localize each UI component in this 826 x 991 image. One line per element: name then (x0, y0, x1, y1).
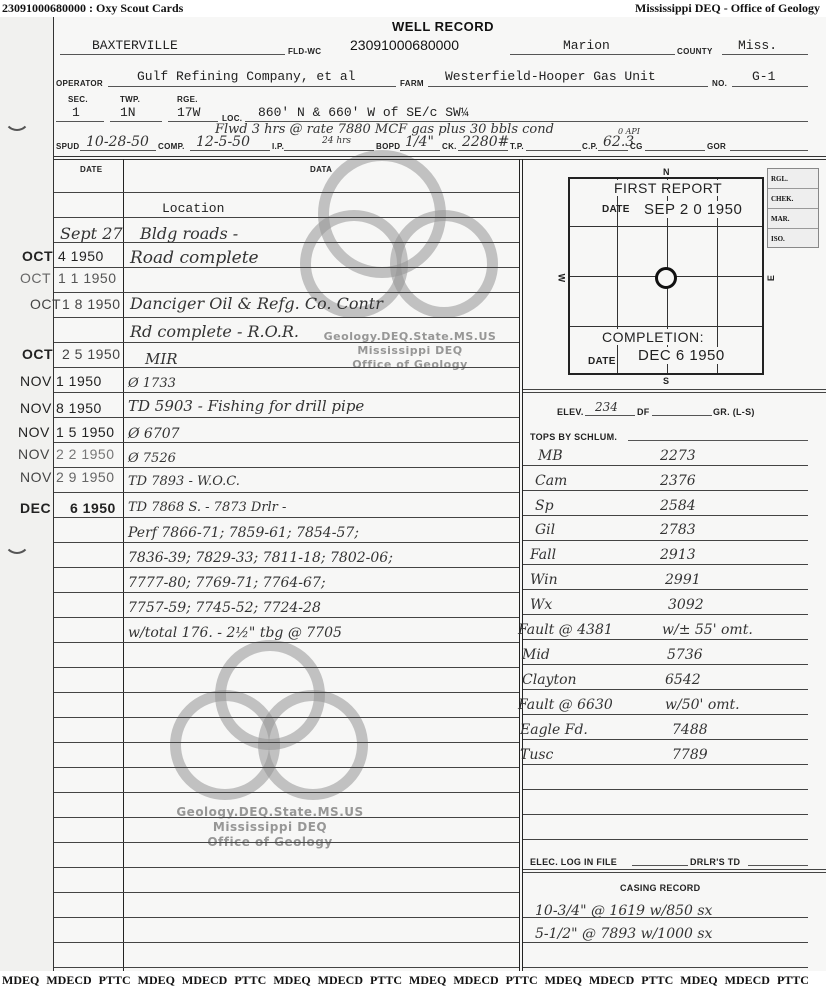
punch-hole-icon (4, 528, 30, 554)
county-name: Marion (563, 38, 610, 53)
top-depth: w/50' omt. (665, 697, 740, 713)
field-label: FLD-WC (288, 47, 321, 56)
table-row-data: TD 5903 - Fishing for drill pipe (128, 397, 364, 415)
table-row-date: 1 1 1950 (58, 270, 117, 286)
table-row-month: OCT (30, 296, 61, 312)
top-depth: 7488 (672, 722, 708, 738)
ip-label: I.P. (272, 142, 284, 151)
table-row-date: 6 1950 (70, 500, 116, 516)
top-depth: 6542 (665, 672, 701, 688)
table-row-month: OCT (20, 270, 51, 286)
table-row-date: Sept 27 (60, 224, 123, 243)
top-formation: Fault @ 4381 (518, 622, 613, 638)
comp-date: 12-5-50 (196, 134, 250, 150)
right-panel-divider (522, 159, 523, 971)
table-row-date: 2 9 1950 (56, 469, 115, 485)
top-formation: Fall (530, 547, 556, 563)
table-row-data: 7757-59; 7745-52; 7724-28 (128, 600, 321, 616)
table-row-data: Ø 1733 (128, 376, 176, 391)
ck-value: 2280# (462, 134, 509, 150)
check-item: RGL. (768, 169, 818, 189)
table-row-data: Perf 7866-71; 7859-61; 7854-57; (128, 525, 359, 541)
county-label: COUNTY (677, 47, 713, 56)
first-report-label: FIRST REPORT (612, 180, 724, 196)
casing-row: 5-1/2" @ 7893 w/1000 sx (535, 926, 712, 942)
twp-label: TWP. (120, 95, 140, 104)
table-row-data: Rd complete - R.O.R. (130, 322, 299, 341)
top-formation: Eagle Fd. (520, 722, 588, 738)
first-report-date-label: DATE (602, 204, 630, 215)
watermark-agency: Mississippi DEQ (300, 344, 520, 357)
table-row-date: 2 2 1950 (56, 446, 115, 462)
completion-date: DEC 6 1950 (638, 347, 725, 364)
document-id: 23091000680000 : Oxy Scout Cards (2, 1, 183, 16)
top-formation: MB (538, 448, 563, 464)
north-label: N (663, 167, 670, 177)
date-column-divider (123, 159, 124, 971)
table-row-data: Ø 7526 (128, 451, 176, 466)
completion-date-label: DATE (588, 356, 616, 367)
comp-label: COMP. (158, 142, 185, 151)
table-row-data: MIR (145, 350, 178, 368)
footer-banner: MDEQ MDECD PTTC MDEQ MDECD PTTC MDEQ MDE… (0, 973, 826, 991)
table-row-date: 8 1950 (56, 400, 102, 416)
top-depth: 2584 (660, 498, 696, 514)
punch-hole-icon (4, 105, 30, 131)
section: 1 (72, 105, 80, 120)
top-depth: w/± 55' omt. (662, 622, 753, 638)
cg-label: CG (630, 142, 643, 151)
check-item: ISO. (768, 229, 818, 249)
farm-name: Westerfield-Hooper Gas Unit (445, 69, 656, 84)
api-number: 23091000680000 (350, 37, 459, 53)
casing-record-label: CASING RECORD (620, 883, 700, 893)
table-row-date: 1 8 1950 (62, 296, 121, 312)
bopd-label: BOPD (376, 142, 400, 151)
table-row-month: NOV (20, 373, 52, 389)
completion-label: COMPLETION: (600, 329, 706, 345)
table-row-data: Bldg roads - (140, 224, 238, 243)
table-row-month: OCT (22, 346, 53, 362)
farm-label: FARM (400, 79, 424, 88)
card-margin (0, 17, 54, 971)
spud-date: 10-28-50 (86, 134, 149, 150)
table-row-date: 2 5 1950 (62, 346, 121, 362)
check-item: MAR. (768, 209, 818, 229)
tp-label: T.P. (510, 142, 524, 151)
table-row-month: NOV (18, 424, 50, 440)
table-row-data: Ø 6707 (128, 426, 180, 442)
first-report-date: SEP 2 0 1950 (644, 201, 742, 218)
rge-label: RGE. (177, 95, 198, 104)
table-row-data: Road complete (130, 248, 259, 268)
date-header: DATE (80, 165, 102, 174)
top-formation: Fault @ 6630 (518, 697, 613, 713)
state-name: Miss. (738, 38, 777, 53)
elevation-value: 234 (595, 400, 618, 414)
table-row-date: 1 5 1950 (56, 424, 115, 440)
review-checkbox-panel: RGL. CHEK. MAR. ISO. (767, 168, 819, 248)
operator-name: Gulf Refining Company, et al (137, 69, 355, 84)
table-row-data: 7777-80; 7769-71; 7764-67; (128, 575, 326, 591)
data-header: DATA (310, 165, 332, 174)
table-row-data: 7836-39; 7829-33; 7811-18; 7802-06; (128, 550, 393, 566)
operator-label: OPERATOR (56, 79, 103, 88)
top-depth: 2376 (660, 473, 696, 489)
township: 1N (120, 105, 136, 120)
df-label: DF (637, 407, 650, 417)
location-description: 860' N & 660' W of SE/c SW¼ (258, 105, 469, 120)
form-title: WELL RECORD (0, 19, 826, 34)
card-left-border (53, 17, 54, 971)
range: 17W (177, 105, 200, 120)
top-depth: 2991 (665, 572, 701, 588)
well-number: G-1 (752, 69, 775, 84)
south-label: S (663, 376, 669, 386)
table-row-month: NOV (18, 446, 50, 462)
table-row-data: Location (162, 201, 224, 216)
east-label: E (766, 275, 776, 281)
top-formation: Clayton (522, 672, 577, 688)
top-formation: Mid (522, 647, 550, 663)
top-depth: 3092 (668, 597, 704, 613)
header-bar: 23091000680000 : Oxy Scout Cards Mississ… (0, 0, 826, 17)
ck-label: CK. (442, 142, 457, 151)
top-depth: 2913 (660, 547, 696, 563)
cp-label: C.P. (582, 142, 598, 151)
elec-log-label: ELEC. LOG IN FILE (530, 857, 617, 867)
table-row-month: NOV (20, 469, 52, 485)
check-item: CHEK. (768, 189, 818, 209)
top-formation: Cam (535, 473, 567, 489)
gor-label: GOR (707, 142, 726, 151)
table-row-data: TD 7868 S. - 7873 Drlr - (128, 500, 286, 515)
table-row-data: TD 7893 - W.O.C. (128, 474, 240, 489)
api-note: 0 API (618, 127, 640, 136)
gr-label: GR. (L-S) (713, 407, 755, 417)
top-depth: 2273 (660, 448, 696, 464)
watermark-agency: Mississippi DEQ (150, 820, 390, 834)
ip-sub: 24 hrs (322, 136, 351, 146)
top-formation: Sp (535, 498, 554, 514)
elev-label: ELEV. (557, 407, 584, 417)
table-row-date: 4 1950 (58, 248, 104, 264)
well-location-icon (655, 267, 677, 289)
watermark-office: Office of Geology (300, 358, 520, 371)
right-panel-divider (519, 159, 520, 971)
sec-label: SEC. (68, 95, 88, 104)
well-no-label: NO. (712, 79, 727, 88)
top-depth: 7789 (672, 747, 708, 763)
drlr-td-label: DRLR'S TD (690, 857, 740, 867)
agency-name: Mississippi DEQ - Office of Geology (635, 1, 820, 16)
spud-label: SPUD (56, 142, 79, 151)
table-row-month: NOV (20, 400, 52, 416)
top-formation: Wx (530, 597, 552, 613)
top-formation: Gil (535, 522, 555, 538)
west-label: W (556, 274, 566, 283)
table-row-data: Danciger Oil & Refg. Co. Contr (130, 294, 383, 313)
bopd-value: 1/4" (405, 134, 434, 150)
table-row-data: w/total 176. - 2½" tbg @ 7705 (128, 625, 342, 641)
tops-label: TOPS BY SCHLUM. (530, 432, 617, 442)
top-depth: 2783 (660, 522, 696, 538)
top-formation: Tusc (520, 747, 553, 763)
table-row-month: OCT (22, 248, 53, 264)
table-row-date: 1 1950 (56, 373, 102, 389)
field-name: BAXTERVILLE (92, 38, 178, 53)
top-depth: 5736 (667, 647, 703, 663)
top-formation: Win (530, 572, 558, 588)
table-row-month: DEC (20, 500, 51, 516)
